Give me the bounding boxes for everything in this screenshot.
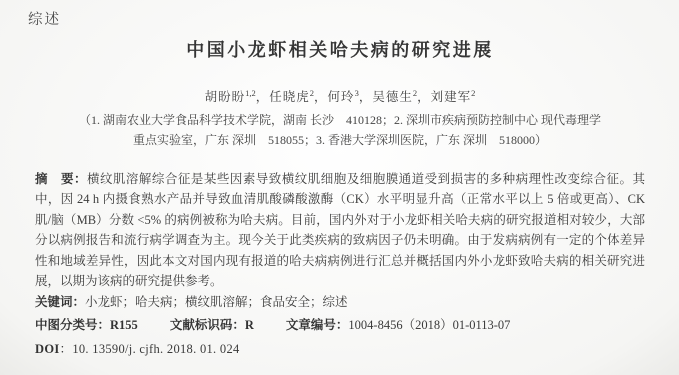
author-name: 胡盼盼: [205, 90, 246, 104]
article-id: 文章编号：1004-8456（2018）01-0113-07: [286, 318, 511, 332]
clc-number: 中图分类号：R155: [35, 318, 138, 332]
keywords-label: 关键词: [35, 295, 73, 309]
affiliation-line-1: （1. 湖南农业大学食品科学技术学院，湖南 长沙 410128；2. 深圳市疾病…: [35, 110, 645, 130]
author-name: 何玲: [328, 90, 355, 104]
doi-label: DOI: [35, 342, 60, 356]
author: 吴德生2: [372, 90, 417, 104]
clc-label: 中图分类号: [35, 318, 98, 332]
doi-colon: ：: [60, 342, 73, 356]
author: 刘建军2: [431, 90, 476, 104]
document-code: 文献标识码：R: [170, 318, 254, 332]
doi-value: 10. 13590/j. cjfh. 2018. 01. 024: [72, 342, 239, 356]
article-id-value: 1004-8456（2018）01-0113-07: [348, 318, 510, 332]
author-name: 任晓虎: [269, 90, 310, 104]
article-id-colon: ：: [336, 318, 349, 332]
author-affil-sup: 1,2: [245, 88, 256, 98]
doc-code-label: 文献标识码: [170, 318, 233, 332]
author-separator: ，: [314, 90, 328, 104]
keywords-line: 关键词：小龙虾；哈夫病；横纹肌溶解；食品安全；综述: [35, 292, 645, 312]
author-separator: ，: [359, 90, 373, 104]
clc-colon: ：: [98, 318, 111, 332]
paper-title: 中国小龙虾相关哈夫病的研究进展: [35, 0, 645, 62]
authors-line: 胡盼盼1,2，任晓虎2，何玲3，吴德生2，刘建军2: [35, 87, 645, 105]
abstract-label: 摘 要: [35, 172, 74, 186]
author-separator: ，: [256, 90, 270, 104]
affiliation-line-2: 重点实验室，广东 深圳 518055；3. 香港大学深圳医院，广东 深圳 518…: [35, 130, 645, 150]
author-name: 刘建军: [431, 90, 472, 104]
meta-line: 中图分类号：R155文献标识码：R文章编号：1004-8456（2018）01-…: [35, 315, 645, 335]
doc-code-value: R: [245, 318, 254, 332]
abstract-paragraph: 摘 要：横纹肌溶解综合征是某些因素导致横纹肌细胞及细胞膜通道受到损害的多种病理性…: [35, 169, 645, 291]
paper-page: 综述 中国小龙虾相关哈夫病的研究进展 胡盼盼1,2，任晓虎2，何玲3，吴德生2，…: [0, 0, 679, 375]
author: 任晓虎2: [269, 90, 314, 104]
author-separator: ，: [417, 90, 431, 104]
author-affil-sup: 2: [471, 88, 475, 98]
doc-code-colon: ：: [232, 318, 245, 332]
clc-value: R155: [110, 318, 138, 332]
abstract-text: 横纹肌溶解综合征是某些因素导致横纹肌细胞及细胞膜通道受到损害的多种病理性改变综合…: [35, 172, 645, 288]
doi-line: DOI：10. 13590/j. cjfh. 2018. 01. 024: [35, 339, 645, 359]
column-mark: 综述: [28, 8, 61, 29]
author: 胡盼盼1,2: [205, 90, 256, 104]
abstract-colon: ：: [74, 172, 87, 186]
keywords-text: 小龙虾；哈夫病；横纹肌溶解；食品安全；综述: [85, 295, 348, 309]
keywords-colon: ：: [73, 295, 86, 309]
author-name: 吴德生: [372, 90, 413, 104]
article-id-label: 文章编号: [286, 318, 336, 332]
author: 何玲3: [328, 90, 359, 104]
